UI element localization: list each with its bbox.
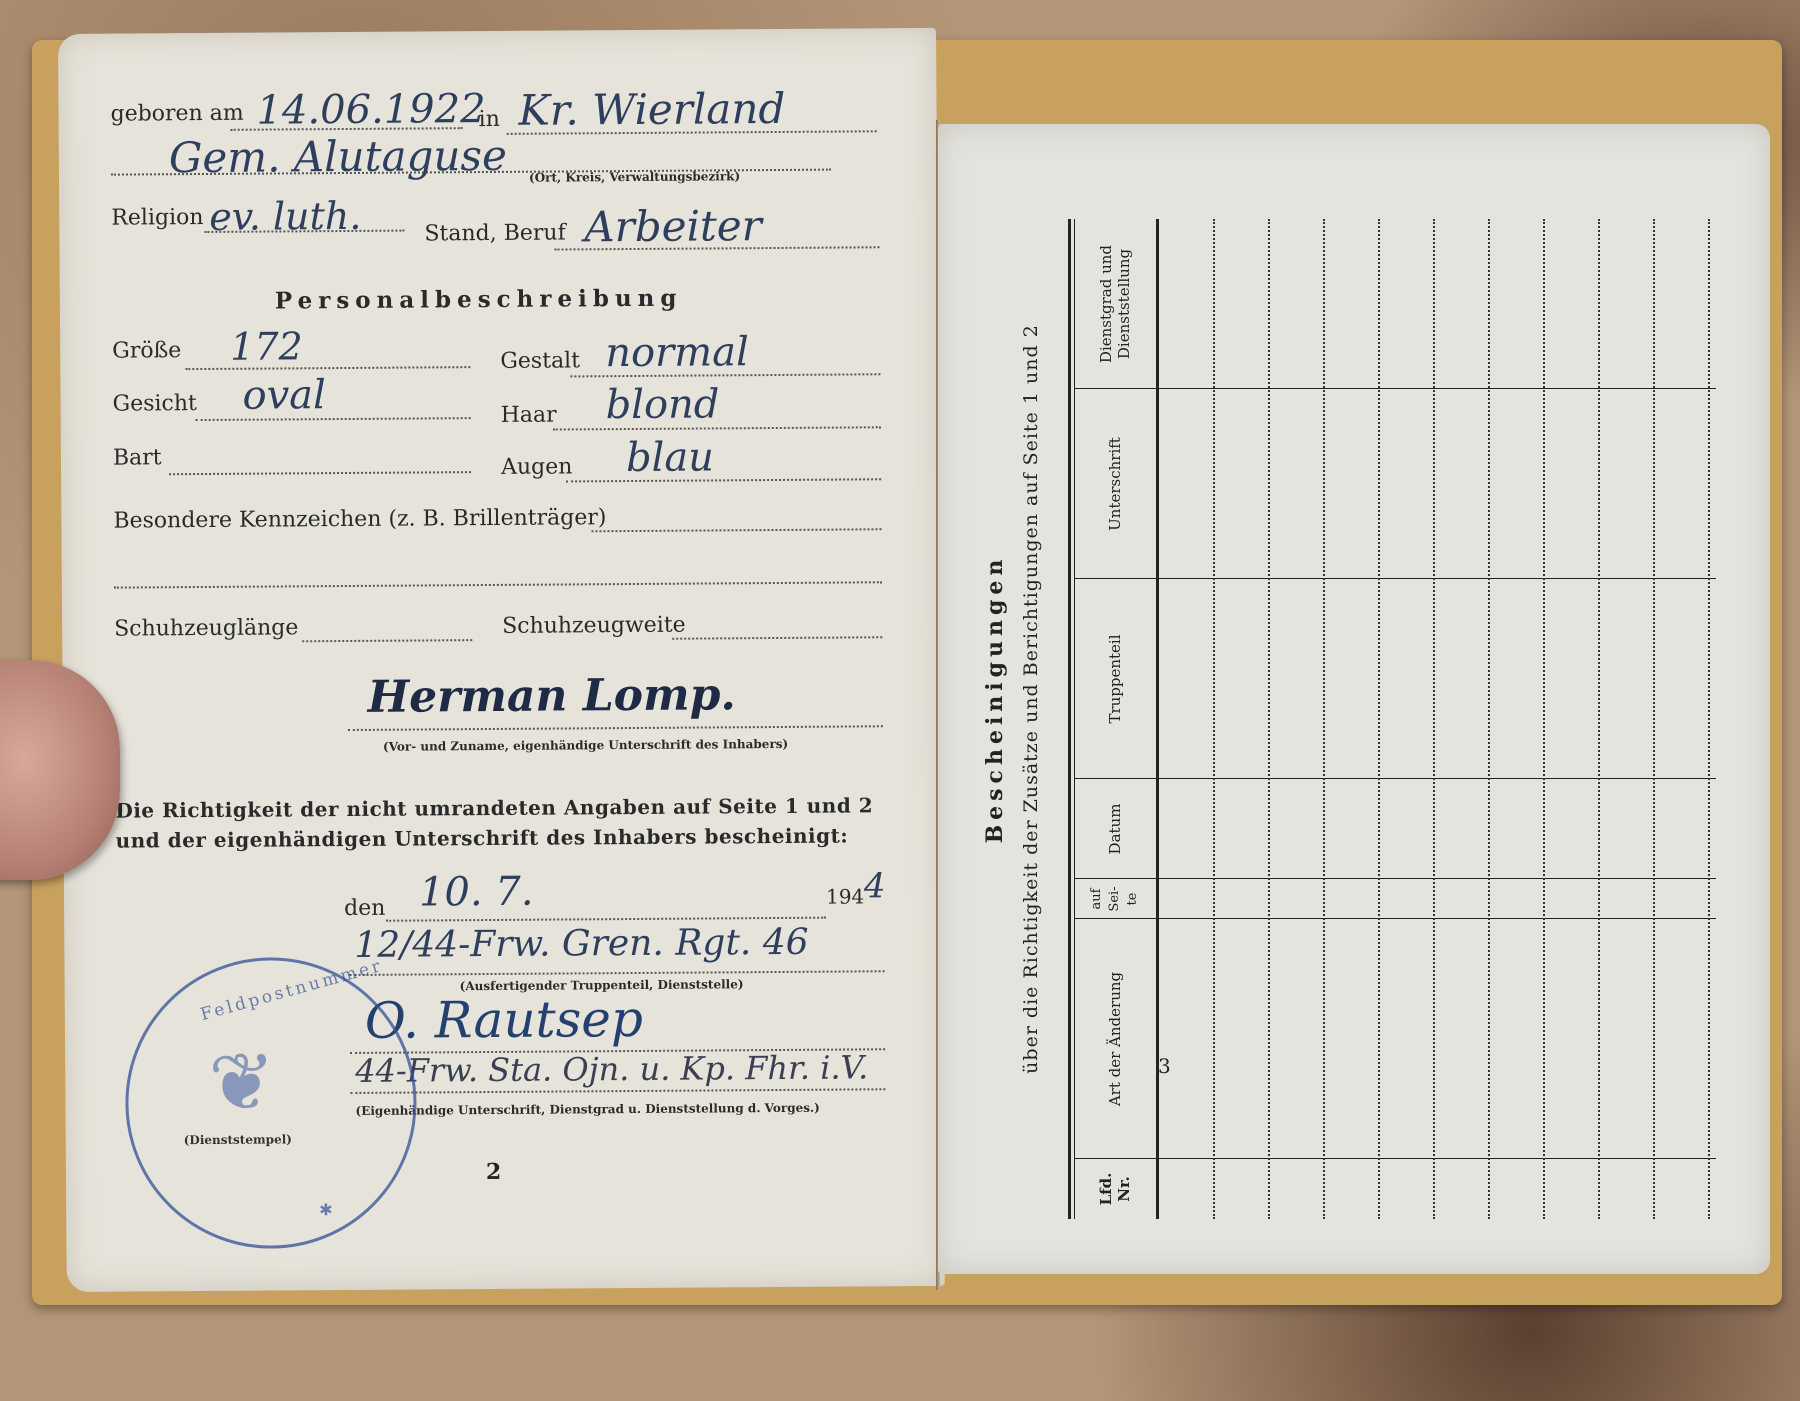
birth-label: geboren am [110,101,243,127]
birth-in-label: in [479,107,500,132]
height-line [185,366,470,370]
religion-value: ev. luth. [209,194,361,239]
col-header-date: Datum [1074,779,1156,879]
certification-line-1: Die Richtigkeit der nicht umrandeten Ang… [115,793,873,822]
table-row [1213,219,1215,1219]
shoe-width-line [672,636,882,639]
holder-signature-caption: (Vor- und Zuname, eigenhändige Unterschr… [383,737,788,754]
cert-year-prefix: 194 [826,884,864,908]
officer-signature: O. Rautsep [365,990,643,1050]
face-line [196,417,471,421]
cert-year-suffix: 4 [864,866,886,906]
shoe-length-line [302,639,472,642]
hair-label: Haar [501,403,557,428]
col-header-signature: Unterschrift [1074,389,1156,579]
body-col-divider [1156,778,1716,779]
occupation-label: Stand, Beruf [424,220,565,246]
occupation-value: Arbeiter [584,201,762,251]
special-marks-line-1 [591,528,881,532]
table-row [1598,219,1600,1219]
birth-place-hint: (Ort, Kreis, Verwaltungsbezirk) [529,169,740,184]
face-value: oval [242,372,326,419]
table-row [1708,219,1710,1219]
body-col-divider [1156,878,1716,879]
certification-line-2: und der eigenhändigen Unterschrift des I… [116,824,849,853]
body-col-divider [1156,1158,1716,1159]
cert-date-value: 10. 7. [419,869,534,916]
religion-label: Religion [111,205,203,231]
right-page: Bescheinigungen über die Richtigkeit der… [938,124,1770,1274]
height-value: 172 [230,324,303,369]
birth-place-value-2: Gem. Alutaguse [169,131,507,182]
shoe-length-label: Schuhzeuglänge [114,615,298,641]
special-marks-label: Besondere Kennzeichen (z. B. Brillenträg… [113,505,606,533]
service-stamp: Feldpostnummer ❦ (Dienststempel) ✱ [124,957,417,1250]
stamp-label: (Dienststempel) [184,1132,292,1147]
table-row [1543,219,1545,1219]
table-top-rule [1068,219,1071,1219]
page-number-left: 2 [486,1159,501,1185]
birth-place-value-1: Kr. Wierland [518,84,785,135]
table-row [1323,219,1325,1219]
body-col-divider [1156,388,1716,389]
rotated-certifications-table: Bescheinigungen über die Richtigkeit der… [938,124,1770,1274]
certifications-subtitle: über die Richtigkeit der Zusätze und Ber… [1020,124,1042,1274]
stamp-ring-text: Feldpostnummer [198,956,385,1025]
body-col-divider [1156,578,1716,579]
left-page: geboren am 14.06.1922 in Kr. Wierland Ge… [58,28,945,1292]
eagle-icon: ❦ [208,1036,276,1129]
holder-signature-line [348,725,883,731]
hair-value: blond [605,381,719,428]
eyes-value: blau [626,434,714,481]
shoe-width-label: Schuhzeugweite [502,613,686,639]
cert-date-label: den [344,896,385,921]
unit-value: 12/44-Frw. Gren. Rgt. 46 [354,922,808,966]
officer-rank: 44-Frw. Sta. Ojn. u. Kp. Fhr. i.V. [355,1048,868,1090]
special-marks-line-2 [114,581,882,588]
body-col-divider [1156,918,1716,919]
page-number-right: 3 [1158,1054,1171,1078]
beard-line [169,471,471,475]
table-row [1268,219,1270,1219]
face-label: Gesicht [112,391,196,417]
build-value: normal [605,329,749,376]
height-label: Größe [112,338,181,363]
eyes-line [566,478,881,482]
build-label: Gestalt [500,348,580,374]
col-header-change-type: Art der Änderung [1074,919,1156,1159]
certifications-title: Bescheinigungen [982,124,1008,1274]
table-row [1488,219,1490,1219]
table-row [1433,219,1435,1219]
birth-date-value: 14.06.1922 [256,86,485,134]
officer-caption: (Eigenhändige Unterschrift, Dienstgrad u… [355,1101,819,1118]
cert-date-line [386,917,826,922]
col-header-unit: Truppenteil [1074,579,1156,779]
beard-label: Bart [113,445,162,470]
unit-line [350,970,885,976]
table-row [1653,219,1655,1219]
col-header-page: auf Sei- te [1074,879,1156,919]
eyes-label: Augen [501,454,573,479]
star-icon: ✱ [319,1200,333,1219]
col-header-rank: Dienstgrad und Dienststellung [1074,219,1156,389]
table-row [1378,219,1380,1219]
holder-signature: Herman Lomp. [367,669,735,723]
personal-description-heading: Personalbeschreibung [275,285,683,315]
col-header-number: Lfd. Nr. [1074,1159,1156,1219]
